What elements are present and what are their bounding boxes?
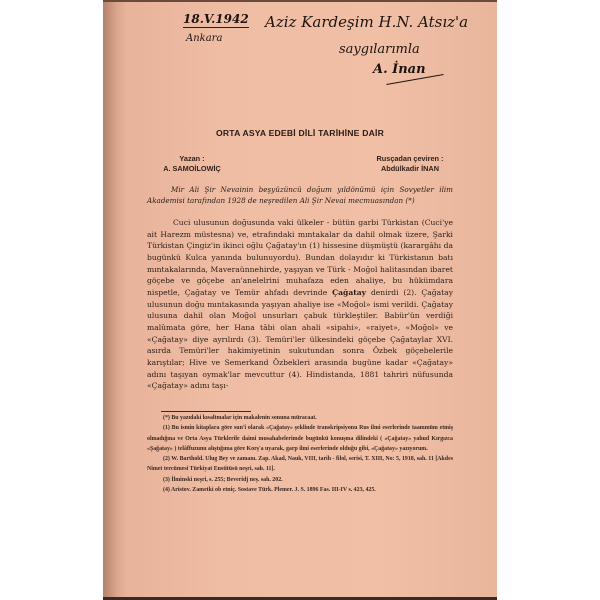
footnote: (3) İlminski neşri, s. 255; Beveridj neş… (147, 475, 453, 485)
footnote-divider (161, 411, 251, 412)
article-intro: Mir Ali Şir Nevainin beşyüzüncü doğum yı… (147, 185, 453, 206)
handwritten-place: Ankara (186, 33, 222, 44)
translator-label: Rusçadan çeviren : (355, 154, 465, 164)
body-paragraph: Cuci ulusunun doğusunda vaki ülkeler - b… (147, 217, 453, 392)
body-text-2: denirdi (2). Çağatay ulusunun doğu mınta… (147, 288, 453, 390)
body-bold-term: Çağatay (332, 288, 366, 297)
author-credit: Yazan : A. SAMOİLOWİÇ (147, 154, 237, 174)
book-page: 18.V.1942 Ankara Aziz Kardeşim H.N. Atsı… (103, 0, 497, 600)
handwritten-regards: saygılarımla (339, 42, 420, 57)
footnote: (*) Bu yazıdaki kısaltmalar için makalen… (147, 413, 453, 423)
handwritten-date: 18.V.1942 (183, 12, 249, 28)
article-title: ORTA ASYA EDEBİ DİLİ TARİHİNE DAİR (103, 128, 497, 138)
footnotes: (*) Bu yazıdaki kısaltmalar için makalen… (147, 413, 453, 495)
footnote: (4) Aristov. Zametki ob etniç. Sostave T… (147, 485, 453, 495)
body-text-1: Cuci ulusunun doğusunda vaki ülkeler - b… (147, 218, 453, 297)
handwritten-dedication: Aziz Kardeşim H.N. Atsız'a (265, 13, 468, 31)
footnote: (2) W. Barthold. Ulug Bey ve zamanı. Zap… (147, 454, 453, 475)
article-body: Cuci ulusunun doğusunda vaki ülkeler - b… (147, 217, 453, 392)
translator-credit: Rusçadan çeviren : Abdülkadir İNAN (355, 154, 465, 174)
author-name: A. SAMOİLOWİÇ (147, 164, 237, 174)
footnote: (1) Bu ismin kitaplara göre sun'î olarak… (147, 423, 453, 454)
translator-name: Abdülkadir İNAN (355, 164, 465, 174)
author-label: Yazan : (147, 154, 237, 164)
handwritten-signature: A. İnan (373, 62, 426, 77)
